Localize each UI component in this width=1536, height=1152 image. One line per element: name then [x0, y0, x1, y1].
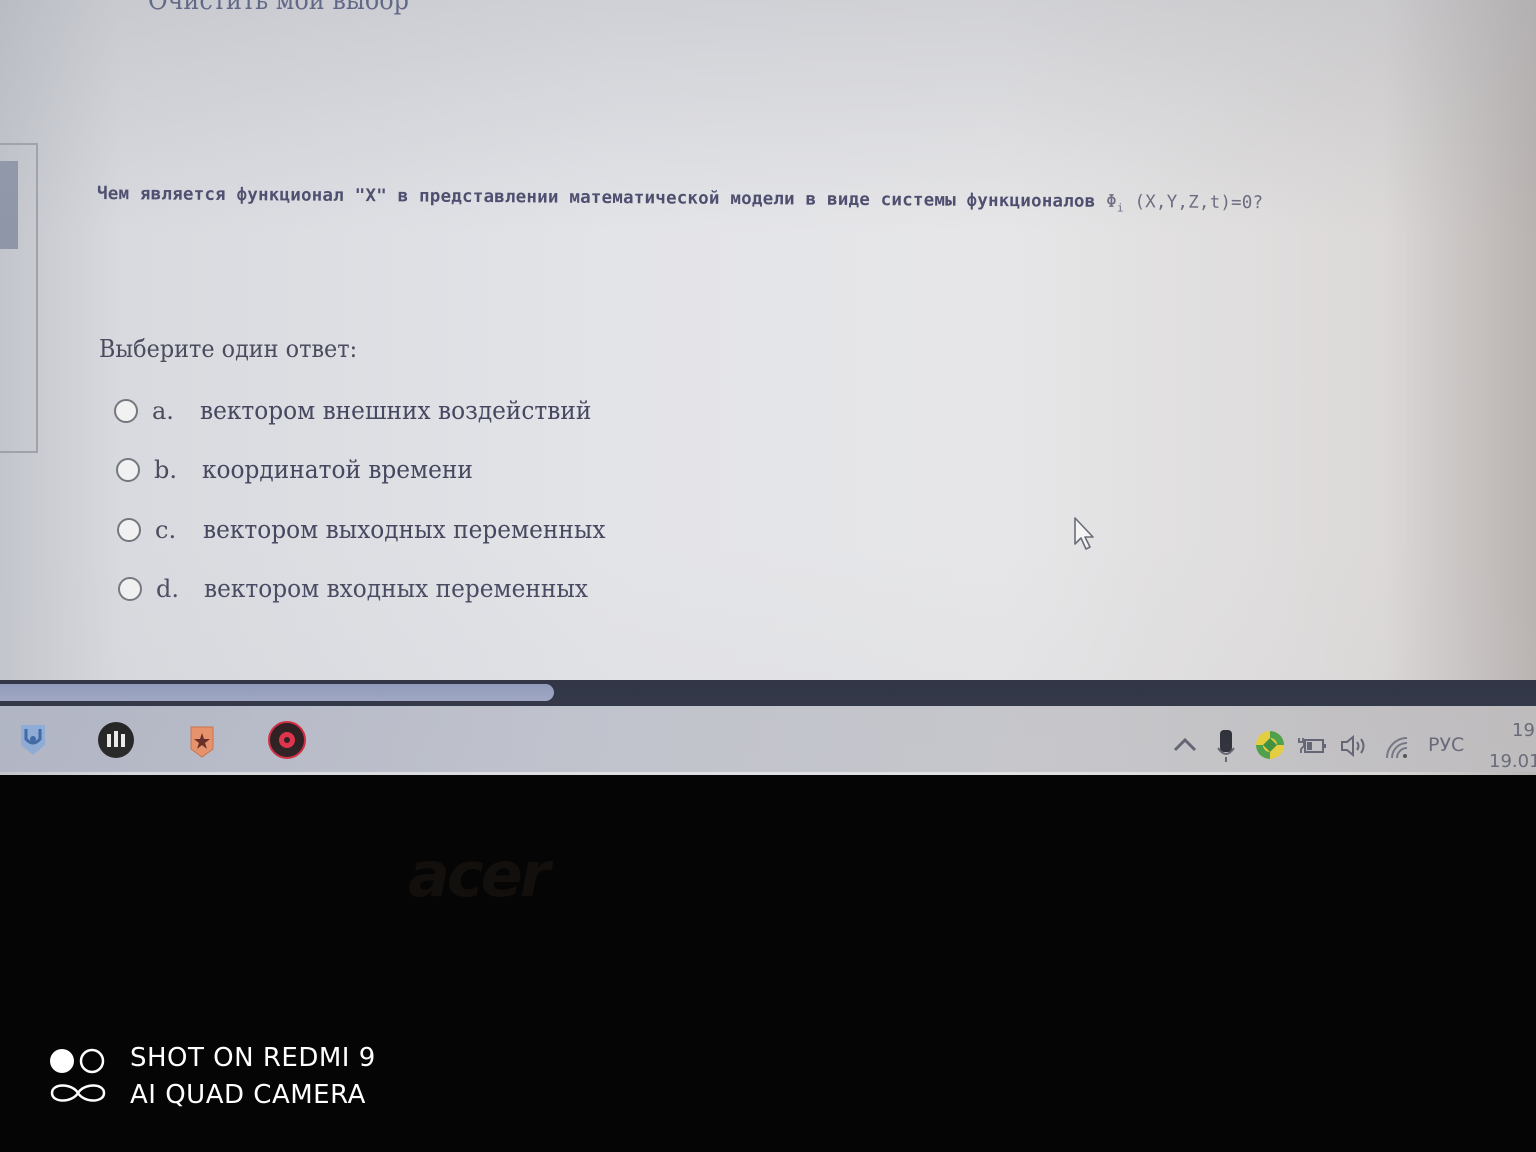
answer-text: вектором внешних воздействий [200, 396, 591, 425]
radio-button[interactable] [117, 518, 141, 542]
dark-circle-app-icon[interactable] [97, 721, 135, 759]
red-gear-app-icon[interactable] [268, 721, 306, 759]
answer-text: вектором входных переменных [204, 574, 588, 603]
radio-button[interactable] [118, 577, 142, 601]
camera-watermark: SHOT ON REDMI 9 AI QUAD CAMERA [48, 1040, 376, 1114]
radio-button[interactable] [114, 399, 138, 423]
green-yellow-app-icon[interactable] [1255, 730, 1285, 760]
battery-charging-icon[interactable] [1297, 736, 1327, 756]
answer-option-a[interactable]: a. вектором внешних воздействий [114, 396, 621, 425]
answer-option-d[interactable]: d. вектором входных переменных [118, 574, 617, 603]
chevron-up-icon[interactable] [1173, 736, 1197, 752]
answer-letter: c. [155, 516, 203, 544]
orange-badge-star-icon[interactable] [183, 721, 221, 759]
question-formula: Φi (X,Y,Z,t)=0? [1106, 192, 1263, 213]
shield-app-icon[interactable] [14, 721, 52, 759]
formula-symbol: Φ [1106, 192, 1117, 212]
watermark-line-2: AI QUAD CAMERA [130, 1077, 376, 1114]
clock-time[interactable]: 19: [1512, 720, 1536, 741]
mouse-pointer-icon [1073, 516, 1097, 552]
answer-prompt: Выберите один ответ: [99, 335, 357, 363]
clear-my-choice-link[interactable]: Очистить мой выбор [148, 0, 409, 16]
scrollbar-thumb[interactable] [0, 684, 554, 701]
input-language-indicator[interactable]: РУС [1428, 734, 1464, 756]
answer-option-c[interactable]: c. вектором выходных переменных [117, 515, 636, 544]
question-info-panel [0, 143, 38, 453]
horizontal-scrollbar[interactable] [0, 680, 1536, 706]
watermark-text: SHOT ON REDMI 9 AI QUAD CAMERA [130, 1040, 376, 1114]
wifi-icon[interactable] [1385, 736, 1411, 760]
answer-text: вектором выходных переменных [203, 515, 605, 544]
answer-letter: a. [152, 397, 200, 425]
watermark-line-1: SHOT ON REDMI 9 [130, 1040, 376, 1077]
laptop-screen: Очистить мой выбор Чем является функцион… [0, 0, 1536, 775]
answer-text: координатой времени [202, 455, 473, 484]
taskbar: РУС 19: 19.01. [0, 706, 1536, 772]
acer-logo: acer [408, 838, 547, 911]
answer-option-b[interactable]: b. координатой времени [116, 455, 493, 484]
speaker-volume-icon[interactable] [1340, 734, 1370, 758]
question-body: Чем является функционал "X" в представле… [97, 184, 1096, 212]
clock-date[interactable]: 19.01. [1489, 751, 1536, 772]
quad-camera-logo-icon [48, 1045, 108, 1109]
radio-button[interactable] [116, 458, 140, 482]
answer-letter: b. [154, 456, 202, 484]
answer-letter: d. [156, 575, 204, 603]
question-info-flag [0, 161, 18, 249]
microphone-icon[interactable] [1215, 728, 1237, 764]
question-text: Чем является функционал "X" в представле… [97, 184, 1263, 216]
formula-args: (X,Y,Z,t)=0? [1124, 192, 1264, 213]
